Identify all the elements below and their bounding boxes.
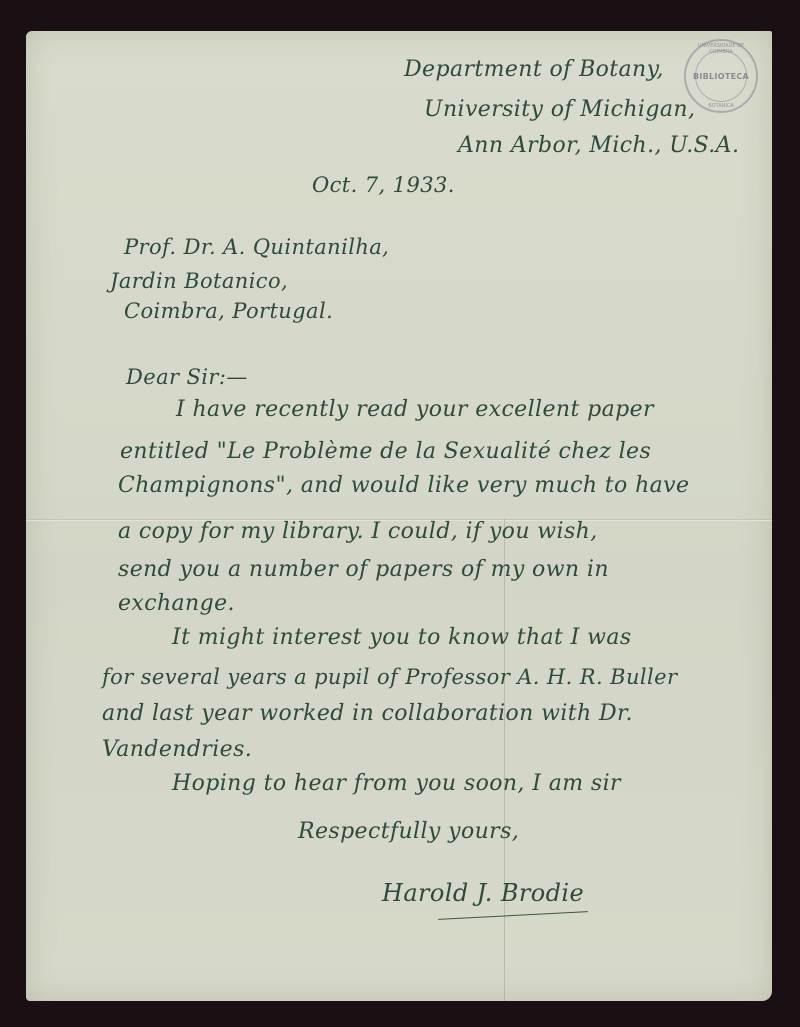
body-line: Vandendries. <box>102 737 252 762</box>
closing: Respectfully yours, <box>298 819 519 844</box>
stamp-ring-bottom-text: BOTANICA <box>686 103 756 109</box>
body-line: Champignons", and would like very much t… <box>118 473 689 498</box>
letter-paper: UNIVERSIDADE DE COIMBRA BIBLIOTECA BOTAN… <box>26 31 772 1001</box>
signature-underline <box>438 911 588 920</box>
body-line: It might interest you to know that I was <box>172 625 632 650</box>
stamp-inner-circle: BIBLIOTECA <box>695 50 747 102</box>
letter-date: Oct. 7, 1933. <box>312 173 455 197</box>
recipient-location: Coimbra, Portugal. <box>124 299 333 323</box>
signature: Harold J. Brodie <box>382 879 584 907</box>
letterhead-department: Department of Botany, <box>404 57 664 82</box>
vertical-fold-crease <box>504 519 505 1001</box>
body-line: and last year worked in collaboration wi… <box>102 701 633 726</box>
body-line: send you a number of papers of my own in <box>118 557 609 582</box>
letterhead-university: University of Michigan, <box>424 97 695 122</box>
letterhead-city: Ann Arbor, Mich., U.S.A. <box>458 133 739 158</box>
body-line: entitled "Le Problème de la Sexualité ch… <box>120 439 651 464</box>
body-line: a copy for my library. I could, if you w… <box>118 519 598 544</box>
salutation: Dear Sir:— <box>126 365 248 389</box>
stamp-ring-top-text: UNIVERSIDADE DE COIMBRA <box>686 43 756 55</box>
recipient-name: Prof. Dr. A. Quintanilha, <box>124 235 389 259</box>
body-line: I have recently read your excellent pape… <box>176 397 654 422</box>
body-line: for several years a pupil of Professor A… <box>102 665 677 689</box>
stamp-center-text: BIBLIOTECA <box>693 72 749 81</box>
body-line: exchange. <box>118 591 235 616</box>
recipient-institution: Jardin Botanico, <box>110 269 288 293</box>
body-line: Hoping to hear from you soon, I am sir <box>172 771 621 796</box>
